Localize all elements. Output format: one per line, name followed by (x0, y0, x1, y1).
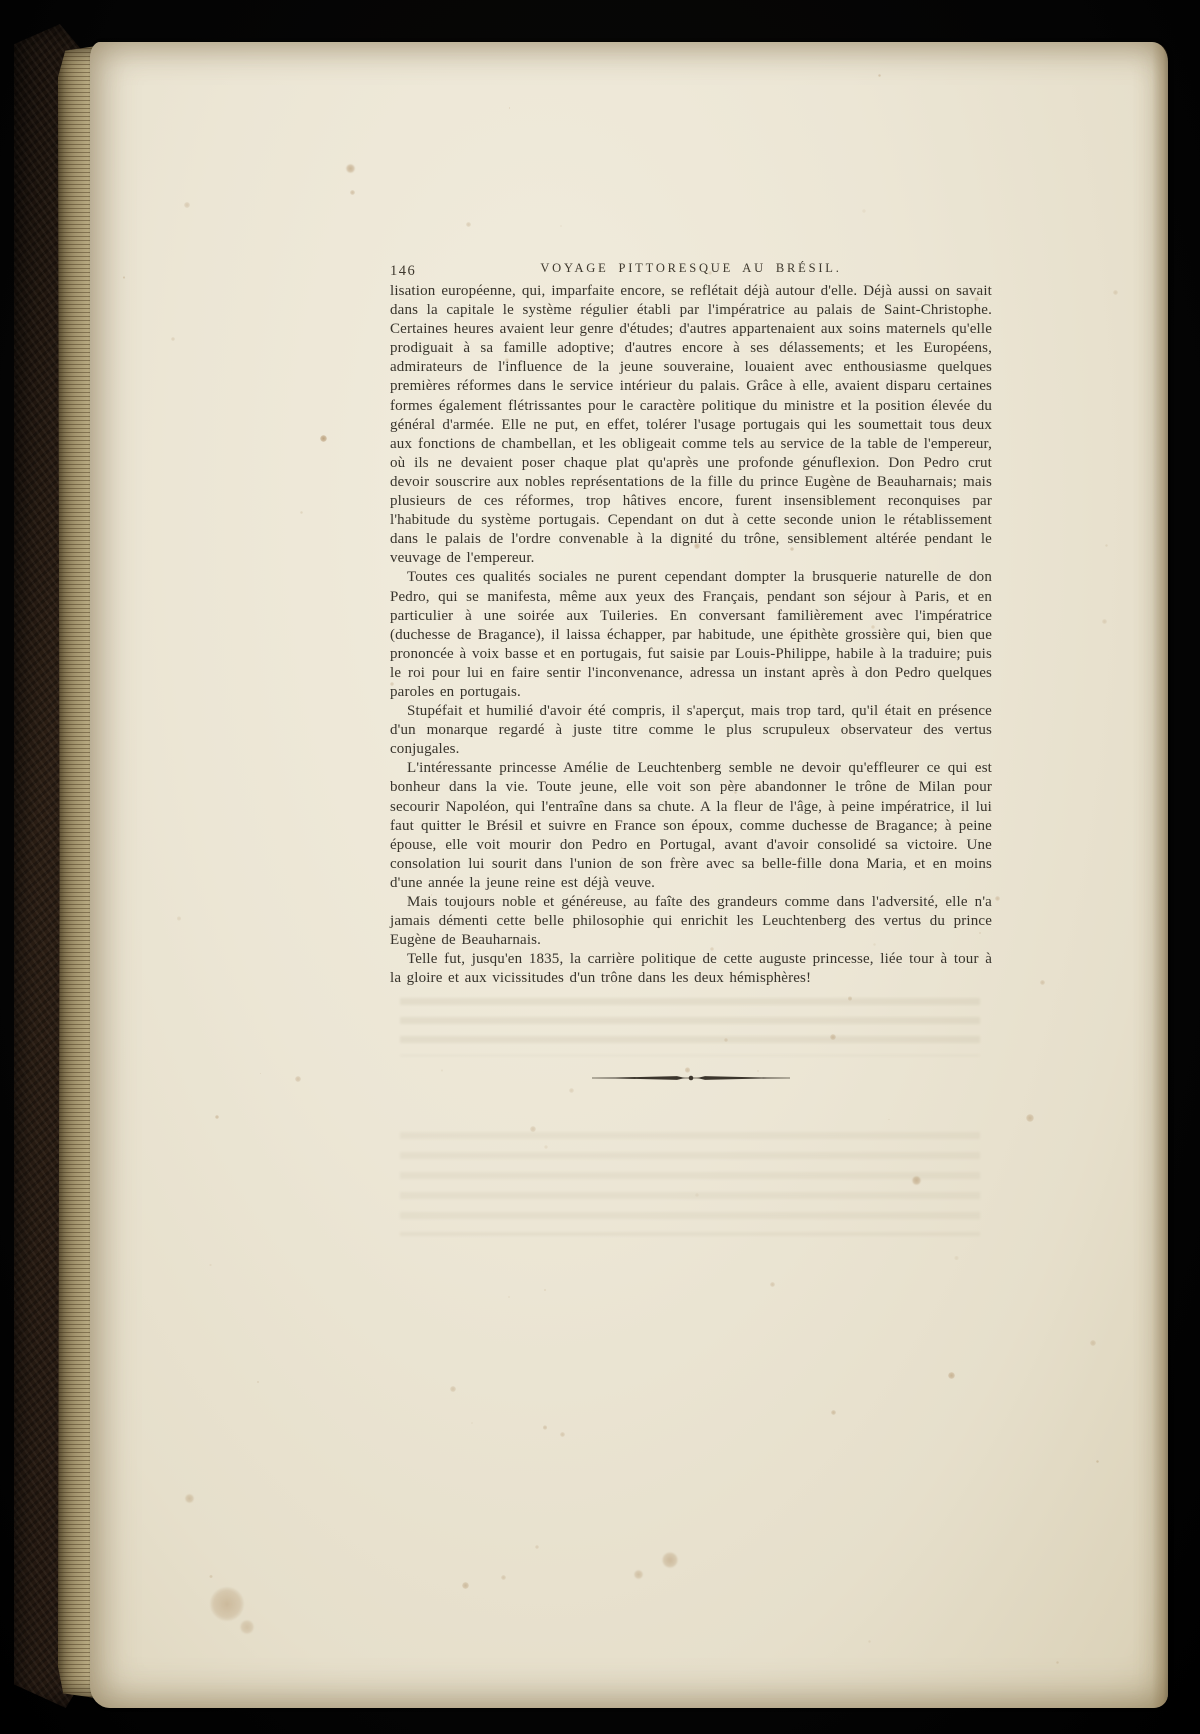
foxing-spot (501, 1575, 506, 1580)
foxing-spot (300, 511, 303, 514)
foxing-spot (569, 1088, 574, 1093)
foxing-spot (878, 74, 881, 77)
book-page: 146 VOYAGE PITTORESQUE AU BRÉSIL. lisati… (90, 42, 1168, 1708)
page-number: 146 (390, 263, 416, 280)
foxing-spot (123, 276, 125, 278)
showthrough-text-lower (400, 1132, 980, 1236)
foxing-spot (560, 1432, 565, 1437)
page-header: 146 VOYAGE PITTORESQUE AU BRÉSIL. (390, 261, 992, 281)
foxing-spot (209, 1575, 213, 1579)
foxing-spot (1090, 1340, 1096, 1346)
foxing-spot (1102, 619, 1107, 624)
foxing-spot (888, 1119, 890, 1121)
foxing-spot (508, 1296, 510, 1298)
foxing-spot (215, 1115, 219, 1119)
foxing-spot (868, 1640, 871, 1643)
running-title: VOYAGE PITTORESQUE AU BRÉSIL. (390, 261, 992, 276)
paragraph: Mais toujours noble et généreuse, au faî… (390, 893, 992, 950)
foxing-spot (535, 1545, 539, 1549)
foxing-spot (862, 209, 866, 213)
showthrough-text-upper (400, 998, 980, 1056)
scanned-book-photograph: { "page": { "header": { "page_number": "… (0, 0, 1200, 1734)
paragraph: Stupéfait et humilié d'avoir été compris… (390, 702, 992, 759)
foxing-spot (450, 1386, 456, 1392)
foxing-spot (462, 1582, 469, 1589)
paragraph: L'intéressante princesse Amélie de Leuch… (390, 759, 992, 893)
foxing-spot (350, 190, 355, 195)
foxing-spot (1105, 544, 1108, 547)
foxing-spot (320, 435, 327, 442)
foxing-spot (995, 896, 1000, 901)
foxing-spot (471, 1422, 473, 1424)
foxing-spot (848, 996, 853, 1001)
foxing-spot (295, 1076, 301, 1082)
foxing-spot (724, 1038, 728, 1042)
foxing-spot (530, 1126, 536, 1132)
foxing-spot (346, 164, 355, 173)
foxing-spot (954, 1256, 959, 1261)
foxing-spot (509, 107, 511, 109)
foxing-spot (260, 1073, 262, 1075)
foxing-spot (634, 1570, 643, 1579)
foxing-spot (544, 1289, 547, 1292)
foxing-spot (1040, 980, 1045, 985)
text-block: lisation européenne, qui, imparfaite enc… (390, 282, 992, 988)
foxing-spot (1096, 1460, 1100, 1464)
foxing-spot (1113, 290, 1118, 295)
foxing-spot (185, 1494, 194, 1503)
foxing-spot (912, 1176, 921, 1185)
foxing-spot (1056, 1661, 1059, 1664)
foxing-spot (830, 1034, 836, 1040)
foxing-spot (240, 1620, 254, 1634)
foxing-spot (257, 1381, 259, 1383)
section-divider-rule (390, 1070, 992, 1088)
foxing-spot (184, 202, 189, 207)
foxing-spot (210, 1587, 244, 1621)
foxing-spot (544, 1145, 548, 1149)
swelled-rule-ornament (591, 1073, 791, 1083)
foxing-spot (662, 1552, 678, 1568)
foxing-spot (209, 1264, 211, 1266)
paragraph: Telle fut, jusqu'en 1835, la carrière po… (390, 950, 992, 988)
foxing-spot (171, 337, 175, 341)
paragraph: Toutes ces qualités sociales ne purent c… (390, 568, 992, 702)
foxing-spot (543, 1425, 548, 1430)
paragraph: lisation européenne, qui, imparfaite enc… (390, 282, 992, 568)
foxing-spot (770, 1282, 775, 1287)
foxing-spot (1026, 1114, 1034, 1122)
foxing-spot (831, 1410, 836, 1415)
foxing-spot (560, 225, 562, 227)
foxing-spot (177, 916, 182, 921)
foxing-spot (466, 222, 471, 227)
foxing-spot (948, 1372, 955, 1379)
foxing-spot (695, 1193, 699, 1197)
